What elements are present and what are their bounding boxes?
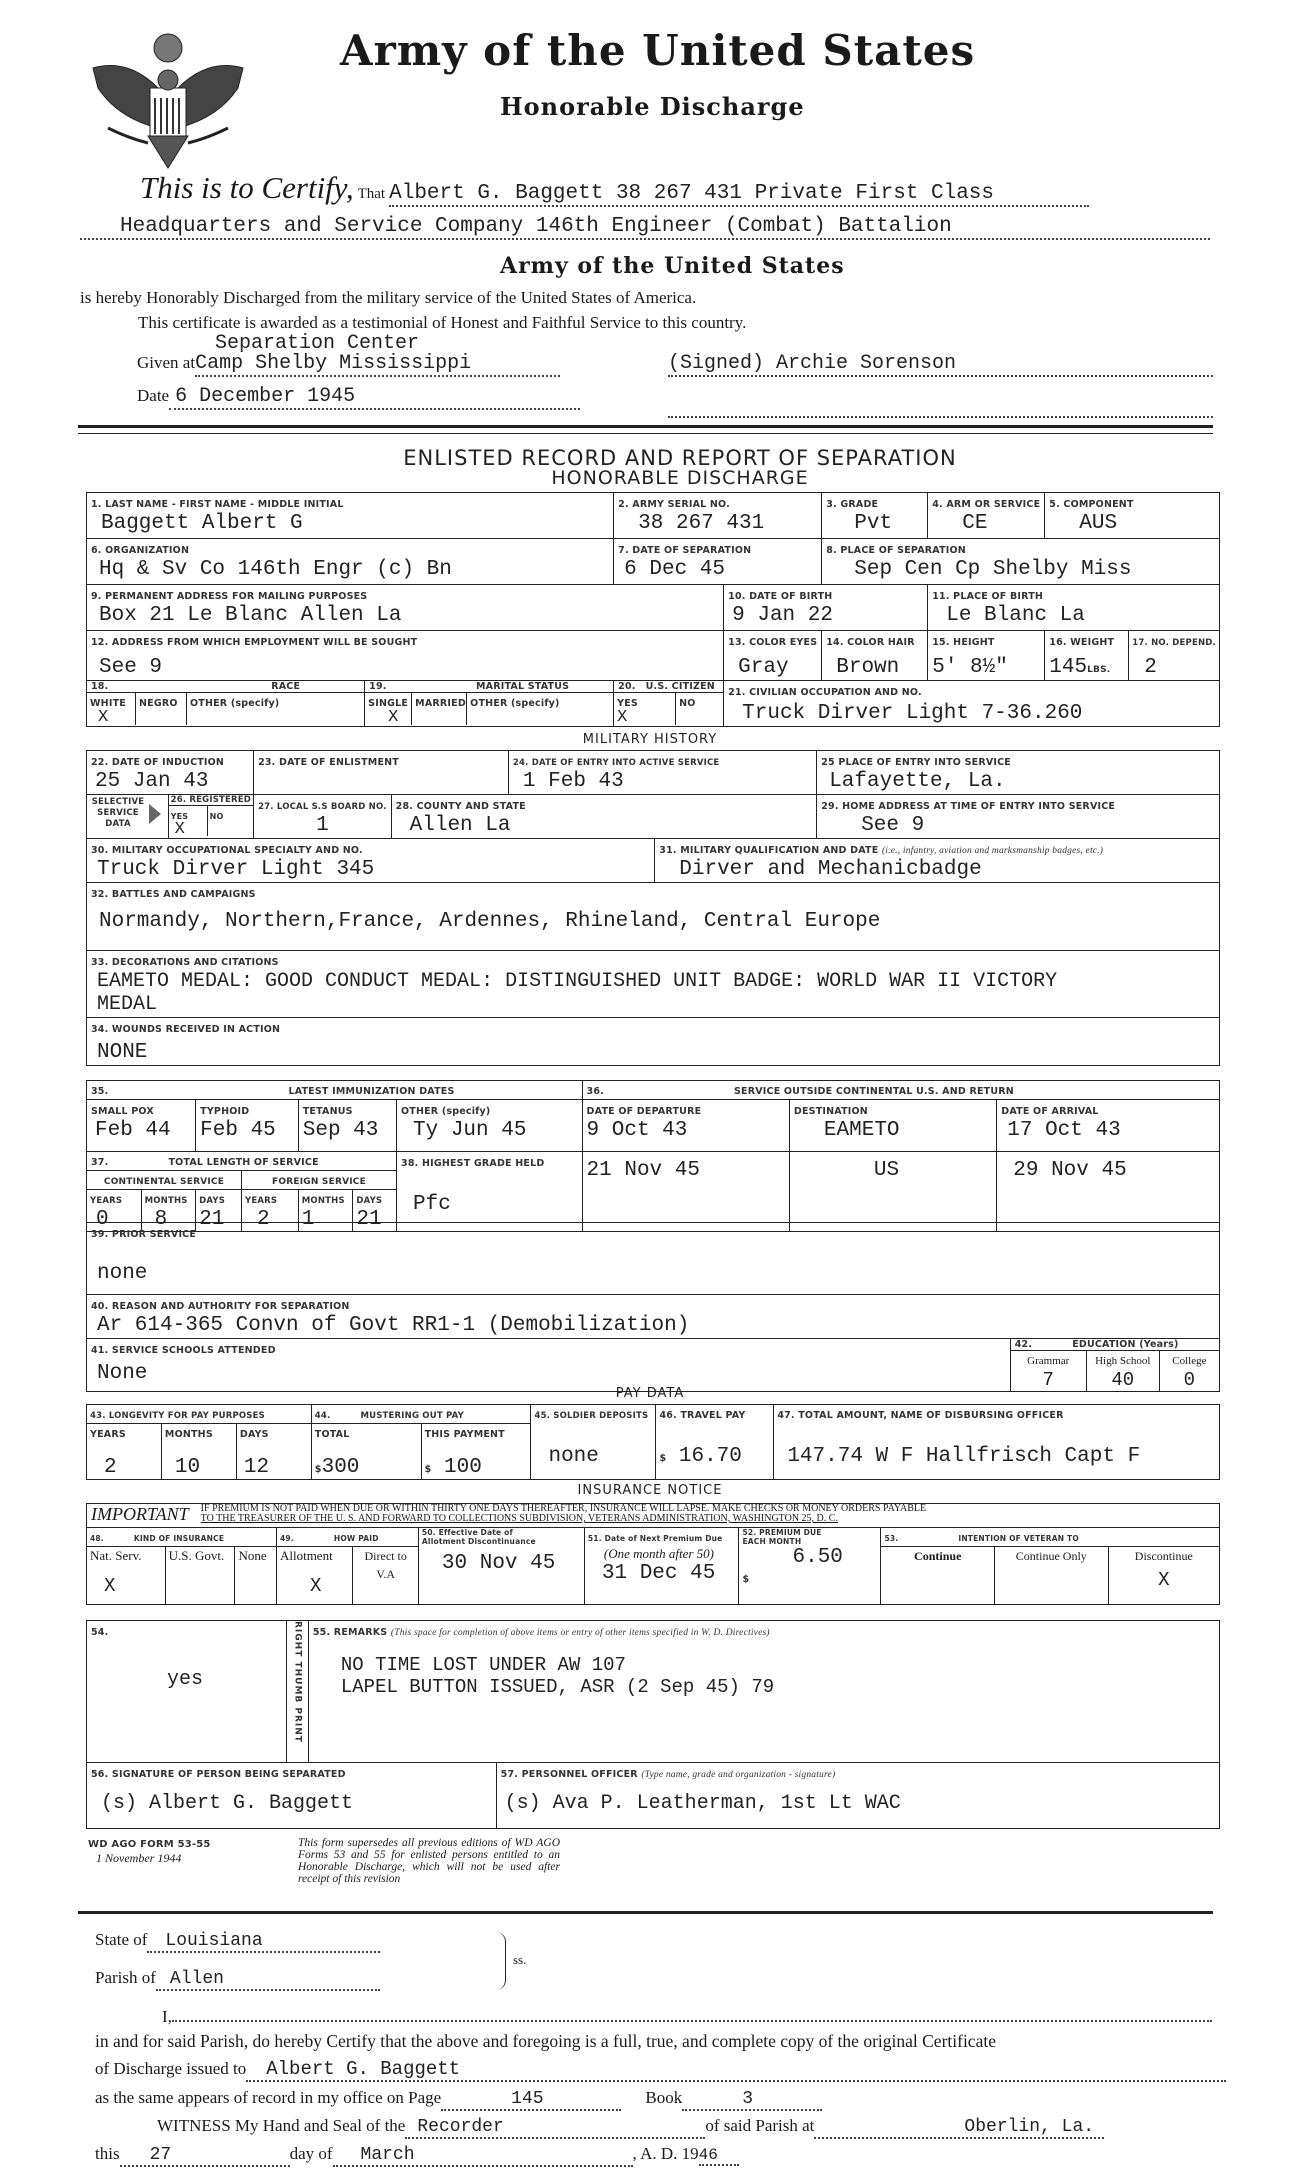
- arrival-date-1: DATE OF ARRIVAL17 Oct 43: [997, 1100, 1220, 1152]
- field-8: 8. PLACE OF SEPARATIONSep Cen Cp Shelby …: [822, 539, 1220, 585]
- field-30: 30. MILITARY OCCUPATIONAL SPECIALTY AND …: [87, 839, 655, 883]
- citizen-yes-checkbox[interactable]: YESX: [614, 693, 676, 725]
- paid-allotment-checkbox[interactable]: AllotmentX: [276, 1547, 352, 1605]
- eagle-seal-icon: [88, 28, 248, 178]
- immunization-tetanus: TETANUSSep 43: [298, 1100, 396, 1152]
- longevity-years: YEARS2: [87, 1424, 162, 1480]
- header-divider: [78, 425, 1213, 434]
- given-at-row: Given atCamp Shelby Mississippi: [137, 352, 560, 377]
- field-43-header: 43. LONGEVITY FOR PAY PURPOSES: [87, 1405, 312, 1424]
- education-college: College0: [1160, 1351, 1219, 1391]
- field-27: 27. LOCAL S.S BOARD NO.1: [254, 795, 392, 839]
- intention-continue-checkbox[interactable]: Continue: [881, 1547, 995, 1605]
- departure-date-1: DATE OF DEPARTURE9 Oct 43: [582, 1100, 789, 1152]
- race-other-checkbox[interactable]: OTHER (specify): [187, 693, 364, 725]
- foreign-service-header: FOREIGN SERVICE: [242, 1171, 397, 1190]
- i-value: [172, 2006, 1212, 2022]
- footer-divider: [78, 1911, 1213, 1914]
- field-51: 51. Date of Next Premium Due(One month a…: [584, 1528, 739, 1605]
- insurance-important-notice: IMPORTANT IF PREMIUM IS NOT PAID WHEN DU…: [87, 1504, 1220, 1528]
- field-9: 9. PERMANENT ADDRESS FOR MAILING PURPOSE…: [87, 585, 724, 631]
- prior-service-table: 39. PRIOR SERVICEnone 40. REASON AND AUT…: [86, 1222, 1220, 1392]
- ss-label: ss.: [513, 1952, 526, 1968]
- field-38: 38. HIGHEST GRADE HELDPfc: [397, 1152, 583, 1232]
- field-13: 13. COLOR EYESGray: [724, 631, 822, 681]
- selective-service-data: SELECTIVE SERVICE DATA: [87, 795, 169, 839]
- field-55: 55. REMARKS (This space for completion o…: [308, 1621, 1219, 1763]
- field-4: 4. ARM OR SERVICECE: [928, 493, 1045, 539]
- field-33: 33. DECORATIONS AND CITATIONSEAMETO MEDA…: [87, 951, 1220, 1018]
- field-26: 26. REGISTERED YESX NO: [168, 795, 253, 839]
- date-row: Date6 December 1945: [137, 385, 580, 410]
- field-47: 47. TOTAL AMOUNT, NAME OF DISBURSING OFF…: [774, 1405, 1220, 1480]
- thumb-print-label: RIGHT THUMB PRINT: [286, 1621, 308, 1763]
- intention-discontinue-checkbox[interactable]: DiscontinueX: [1108, 1547, 1219, 1605]
- field-5: 5. COMPONENTAUS: [1045, 493, 1220, 539]
- marital-other-checkbox[interactable]: OTHER (specify): [467, 693, 613, 725]
- field-34: 34. WOUNDS RECEIVED IN ACTIONNONE: [87, 1018, 1220, 1066]
- field-20-citizen: 20.U.S. CITIZEN YESX NO: [614, 681, 724, 727]
- state-value: Louisiana: [147, 1931, 380, 1953]
- field-53-header: 53.INTENTION OF VETERAN TO: [881, 1528, 1220, 1547]
- field-14: 14. COLOR HAIRBrown: [822, 631, 928, 681]
- race-negro-checkbox[interactable]: NEGRO: [136, 693, 187, 725]
- education-grammar: Grammar7: [1011, 1351, 1087, 1391]
- field-36-header: 36.SERVICE OUTSIDE CONTINENTAL U.S. AND …: [582, 1081, 1219, 1100]
- record-row: as the same appears of record in my offi…: [95, 2088, 822, 2111]
- field-7: 7. DATE OF SEPARATION6 Dec 45: [614, 539, 822, 585]
- field-40: 40. REASON AND AUTHORITY FOR SEPARATIONA…: [87, 1295, 1220, 1339]
- field-45: 45. SOLDIER DEPOSITSnone: [531, 1405, 656, 1480]
- insurance-table: IMPORTANT IF PREMIUM IS NOT PAID WHEN DU…: [86, 1503, 1220, 1605]
- certify-name-value: Albert G. Baggett 38 267 431 Private Fir…: [389, 182, 1089, 207]
- page-value: 145: [441, 2089, 621, 2111]
- field-10: 10. DATE OF BIRTH9 Jan 22: [724, 585, 928, 631]
- field-1: 1. LAST NAME - FIRST NAME - MIDDLE INITI…: [87, 493, 614, 539]
- field-50: 50. Effective Date of Allotment Disconti…: [418, 1528, 584, 1605]
- field-6: 6. ORGANIZATIONHq & Sv Co 146th Engr (c)…: [87, 539, 614, 585]
- field-15: 15. HEIGHT5' 8½": [928, 631, 1044, 680]
- field-24: 24. DATE OF ENTRY INTO ACTIVE SERVICE1 F…: [508, 751, 816, 795]
- pay-data-title: PAY DATA: [500, 1386, 800, 1401]
- record-subtitle: HONORABLE DISCHARGE: [430, 467, 930, 489]
- field-41: 41. SERVICE SCHOOLS ATTENDEDNone: [87, 1339, 1011, 1392]
- personal-data-table: 1. LAST NAME - FIRST NAME - MIDDLE INITI…: [86, 492, 1220, 727]
- issued-row: of Discharge issued toAlbert G. Baggett: [95, 2058, 1226, 2082]
- field-22: 22. DATE OF INDUCTION25 Jan 43: [87, 751, 254, 795]
- field-21: 21. CIVILIAN OCCUPATION AND NO.Truck Dir…: [724, 681, 1220, 727]
- field-2: 2. ARMY SERIAL NO.38 267 431: [614, 493, 822, 539]
- form-id: WD AGO FORM 53-55: [88, 1839, 211, 1850]
- given-at-label: Given at: [137, 353, 195, 372]
- page-subtitle: Honorable Discharge: [500, 92, 805, 121]
- field-52: 52. PREMIUM DUE EACH MONTH6.50$: [739, 1528, 881, 1605]
- field-25: 25 PLACE OF ENTRY INTO SERVICELafayette,…: [817, 751, 1220, 795]
- book-value: 3: [682, 2089, 822, 2111]
- insurance-nat-serv-checkbox[interactable]: Nat. Serv.X: [87, 1547, 166, 1605]
- marital-married-checkbox[interactable]: MARRIED: [412, 693, 467, 725]
- military-history-title: MILITARY HISTORY: [500, 732, 800, 747]
- state-row: State ofLouisiana: [95, 1930, 380, 1953]
- immunization-typhoid: TYPHOIDFeb 45: [196, 1100, 299, 1152]
- field-56: 56. SIGNATURE OF PERSON BEING SEPARATED(…: [87, 1763, 497, 1829]
- field-32: 32. BATTLES AND CAMPAIGNSNormandy, North…: [87, 883, 1220, 951]
- insurance-title: INSURANCE NOTICE: [500, 1483, 800, 1498]
- field-11: 11. PLACE OF BIRTHLe Blanc La: [928, 585, 1220, 631]
- field-42: 42.EDUCATION (Years) Grammar7 High Schoo…: [1010, 1339, 1219, 1392]
- insurance-us-govt-checkbox[interactable]: U.S. Govt.: [165, 1547, 235, 1605]
- mustering-total: TOTAL$300: [311, 1424, 421, 1480]
- witness-row: WITNESS My Hand and Seal of theRecordero…: [157, 2116, 1104, 2139]
- military-history-table: 22. DATE OF INDUCTION25 Jan 43 23. DATE …: [86, 750, 1220, 1066]
- education-highschool: High School40: [1087, 1351, 1160, 1391]
- month-value: March: [333, 2145, 633, 2167]
- field-37-header: 37.TOTAL LENGTH OF SERVICE: [87, 1152, 397, 1171]
- mustering-this-payment: THIS PAYMENT$ 100: [421, 1424, 531, 1480]
- destination-1: DESTINATIONEAMETO: [789, 1100, 996, 1152]
- departure-date-2: 21 Nov 45: [582, 1152, 789, 1232]
- field-15-16: 15. HEIGHT5' 8½": [928, 631, 1045, 681]
- last-name-value: Baggett Albert G: [91, 512, 609, 535]
- remarks-table: 54.yes RIGHT THUMB PRINT 55. REMARKS (Th…: [86, 1620, 1220, 1829]
- arrow-right-icon: [149, 804, 161, 824]
- field-44-header: 44.MUSTERING OUT PAY: [311, 1405, 531, 1424]
- field-12: 12. ADDRESS FROM WHICH EMPLOYMENT WILL B…: [87, 631, 724, 681]
- field-39: 39. PRIOR SERVICEnone: [87, 1223, 1220, 1295]
- i-row: I,: [162, 2006, 1212, 2027]
- testimonial-text: This certificate is awarded as a testimo…: [138, 313, 746, 333]
- marital-single-checkbox[interactable]: SINGLEX: [365, 693, 412, 725]
- army-line: Army of the United States: [500, 253, 845, 279]
- field-16: 16. WEIGHT145LBS.: [1045, 631, 1129, 680]
- date-label: Date: [137, 386, 169, 405]
- field-29: 29. HOME ADDRESS AT TIME OF ENTRY INTO S…: [817, 795, 1220, 839]
- witness-value: Recorder: [405, 2117, 705, 2139]
- registered-yes-checkbox[interactable]: YESX: [169, 806, 208, 836]
- field-23: 23. DATE OF ENLISTMENT: [254, 751, 509, 795]
- field-18-race: 18.RACE WHITEX NEGRO OTHER (specify): [87, 681, 365, 727]
- discharged-text: is hereby Honorably Discharged from the …: [80, 288, 696, 308]
- year-value: 46: [699, 2146, 739, 2166]
- that-label: That: [358, 186, 386, 202]
- field-3: 3. GRADEPvt: [822, 493, 928, 539]
- immunization-other: OTHER (specify)Ty Jun 45: [397, 1100, 583, 1152]
- signed-value: (Signed) Archie Sorenson: [668, 352, 1213, 377]
- immunization-smallpox: SMALL POXFeb 44: [87, 1100, 196, 1152]
- field-57: 57. PERSONNEL OFFICER (Type name, grade …: [496, 1763, 1219, 1829]
- given-at-value: Camp Shelby Mississippi: [195, 352, 560, 377]
- date-certify-row: this27day ofMarch, A. D. 1946: [95, 2144, 739, 2167]
- parish-row: Parish ofAllen: [95, 1968, 380, 1991]
- registered-no-checkbox[interactable]: NO: [208, 806, 253, 836]
- field-54: 54.yes: [87, 1621, 287, 1763]
- brace: [495, 1932, 506, 1990]
- immunization-service-table: 35.LATEST IMMUNIZATION DATES 36.SERVICE …: [86, 1080, 1220, 1232]
- longevity-days: DAYS12: [236, 1424, 311, 1480]
- field-19-marital: 19.MARITAL STATUS SINGLEX MARRIED OTHER …: [365, 681, 614, 727]
- signature-line: [668, 400, 1213, 418]
- citizen-no-checkbox[interactable]: NO: [676, 693, 723, 725]
- paid-direct-va-checkbox[interactable]: Direct to V.A: [353, 1547, 419, 1605]
- day-value: 27: [120, 2145, 290, 2167]
- field-17: 17. NO. DEPEND.2: [1129, 631, 1219, 680]
- insurance-none-checkbox[interactable]: None: [235, 1547, 276, 1605]
- pay-data-table: 43. LONGEVITY FOR PAY PURPOSES 44.MUSTER…: [86, 1404, 1220, 1480]
- field-49-header: 49.HOW PAID: [276, 1528, 418, 1547]
- parish-value: Allen: [156, 1969, 380, 1991]
- intention-continue-only-checkbox[interactable]: Continue Only: [995, 1547, 1109, 1605]
- field-46: 46. TRAVEL PAY$ 16.70: [656, 1405, 774, 1480]
- field-16-17: 16. WEIGHT145LBS. 17. NO. DEPEND.2: [1045, 631, 1220, 681]
- arrival-date-2: 29 Nov 45: [997, 1152, 1220, 1232]
- page-title: Army of the United States: [340, 26, 975, 75]
- field-48-header: 48.KIND OF INSURANCE: [87, 1528, 277, 1547]
- date-value: 6 December 1945: [169, 385, 580, 410]
- form-date: 1 November 1944: [96, 1851, 181, 1866]
- certify-unit-value: Headquarters and Service Company 146th E…: [80, 215, 1210, 240]
- certify-prefix: This is to Certify,: [140, 170, 354, 205]
- supersedes-text: This form supersedes all previous editio…: [298, 1837, 560, 1885]
- field-31: 31. MILITARY QUALIFICATION AND DATE (i.e…: [655, 839, 1220, 883]
- parish-at-value: Oberlin, La.: [814, 2117, 1104, 2139]
- field-35-header: 35.LATEST IMMUNIZATION DATES: [87, 1081, 583, 1100]
- issued-value: Albert G. Baggett: [246, 2058, 1226, 2082]
- certify-line-1: This is to Certify, That Albert G. Bagge…: [140, 170, 1225, 210]
- certify-body-text: in and for said Parish, do hereby Certif…: [95, 2031, 996, 2052]
- destination-2: US: [789, 1152, 996, 1232]
- continental-service-header: CONTINENTAL SERVICE: [87, 1171, 242, 1190]
- race-white-checkbox[interactable]: WHITEX: [87, 693, 136, 725]
- field-28: 28. COUNTY AND STATEAllen La: [391, 795, 817, 839]
- longevity-months: MONTHS10: [161, 1424, 236, 1480]
